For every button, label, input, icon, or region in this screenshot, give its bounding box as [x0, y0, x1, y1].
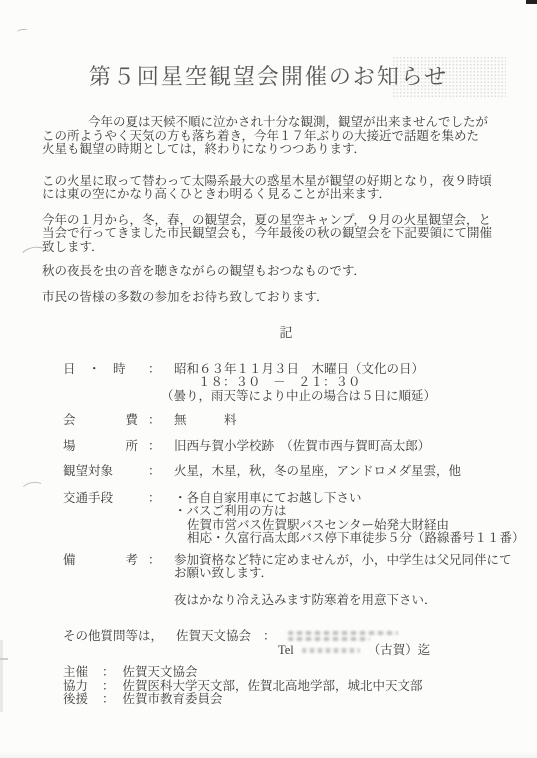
detail-value: 昭和６３年１１月３日 木曜日（文化の日） １８：３０ － ２１：３０ （曇り，雨… — [174, 363, 436, 404]
redacted-address-blur — [288, 631, 398, 641]
detail-label: 日 ・ 時 — [63, 363, 137, 377]
contact-colon: ： — [263, 630, 276, 644]
transport-line: 相応・久富行高太郎バス停下車徒歩５分（路線番号１１番） — [187, 532, 525, 546]
detail-colon: ： — [148, 554, 161, 568]
organizer-value: 佐賀医科大学天文部，佐賀北高地学部，城北中天文部 — [123, 680, 423, 694]
section-heading-ki: 記 — [42, 326, 532, 340]
organizer-label: 主催 — [63, 666, 102, 680]
detail-label: 会 費 — [63, 414, 137, 428]
datetime-rain-note: （曇り，雨天等により中止の場合は５日に順延） — [161, 390, 436, 404]
detail-row-notes: 備 考 ： 参加資格など特に定めませんが，小，中学生は父兄同伴にて お願い致しま… — [63, 554, 532, 608]
detail-row-transport: 交通手段 ： ・各自自家用車にてお越し下さい ・バスご利用の方は 佐賀市営バス佐… — [63, 492, 532, 546]
intro-paragraph-1: 今年の夏は天候不順に泣かされ十分な観測，観望が出来ませんでしたが この所ようやく… — [42, 116, 532, 157]
paragraph-line: 火星も観望の時期としては，終わりになりつつあります． — [42, 143, 532, 157]
paragraph-line: この所ようやく天気の方も落ち着き，今年１７年ぶりの大接近で話題を集めた — [42, 130, 532, 144]
targets-value: 火星，木星，秋，冬の星座，アンドロメダ星雲，他 — [174, 465, 461, 479]
transport-line: ・バスご利用の方は — [174, 505, 525, 519]
detail-label: 観望対象 — [63, 465, 137, 479]
detail-value: 旧西与賀小学校跡 （佐賀市西与賀町高太郎） — [174, 440, 430, 454]
corner-dash-artifact — [526, 0, 537, 4]
transport-line: ・各自自家用車にてお越し下さい — [174, 492, 525, 506]
contact-section: その他質問等は， 佐賀天文協会 ： Tel （古賀）迄 — [63, 630, 532, 657]
detail-colon: ： — [148, 414, 161, 428]
detail-colon: ： — [148, 440, 161, 454]
organizer-colon: ： — [102, 680, 115, 694]
organizer-value: 佐賀市教育委員会 — [123, 693, 223, 707]
scanned-document-page: 第５回星空観望会開催のお知らせ 今年の夏は天候不順に泣かされ十分な観測，観望が出… — [0, 0, 537, 758]
tel-label: Tel — [278, 644, 294, 658]
detail-colon: ： — [148, 492, 161, 506]
intro-paragraph-2: この火星に取って替わって太陽系最大の惑星木星が観望の好期となり，夜９時頃 には東… — [42, 175, 532, 202]
organizer-row-host: 主催 ： 佐賀天文協会 — [63, 666, 532, 680]
detail-row-fee: 会 費 ： 無 料 — [63, 414, 532, 428]
paragraph-line: には東の空にかなり高くひときわ明るく見ることが出来ます． — [42, 188, 532, 202]
detail-label: 場 所 — [63, 440, 137, 454]
organizer-label: 協力 — [63, 680, 102, 694]
detail-label: 備 考 — [63, 554, 137, 568]
organizer-colon: ： — [102, 693, 115, 707]
paragraph-line: 秋の夜長を虫の音を聴きながらの観望もおつなものです． — [42, 265, 532, 279]
detail-value: 火星，木星，秋，冬の星座，アンドロメダ星雲，他 — [174, 465, 461, 479]
contact-line-1: その他質問等は， 佐賀天文協会 ： — [63, 630, 532, 644]
organizer-colon: ： — [102, 666, 115, 680]
contact-line-2: Tel （古賀）迄 — [278, 644, 532, 658]
detail-row-place: 場 所 ： 旧西与賀小学校跡 （佐賀市西与賀町高太郎） — [63, 440, 532, 454]
contact-intro: その他質問等は， — [63, 630, 163, 644]
edge-shade-artifact — [0, 640, 3, 712]
detail-colon: ： — [148, 465, 161, 479]
squiggle-artifact — [17, 28, 28, 33]
bottom-shade-artifact — [0, 752, 537, 758]
contact-suffix: （古賀）迄 — [368, 644, 431, 658]
fee-value: 無 料 — [174, 414, 237, 428]
paragraph-line: 市民の皆様の多数の参加をお待ち致しております． — [42, 291, 532, 305]
edge-dash-artifact — [0, 658, 8, 660]
contact-org: 佐賀天文協会 — [176, 630, 251, 644]
datetime-date: 昭和６３年１１月３日 木曜日（文化の日） — [174, 363, 436, 377]
intro-paragraph-3: 今年の１月から，冬，春，の観望会，夏の星空キャンプ，９月の火星観望会，と 当会で… — [42, 214, 532, 255]
paragraph-line: 今年の夏は天候不順に泣かされ十分な観測，観望が出来ませんでしたが — [42, 116, 532, 130]
organizer-value: 佐賀天文協会 — [123, 666, 198, 680]
notes-extra: 夜はかなり冷え込みます防寒着を用意下さい． — [174, 594, 512, 608]
detail-colon: ： — [148, 363, 161, 377]
document-body: 今年の夏は天候不順に泣かされ十分な観測，観望が出来ませんでしたが この所ようやく… — [42, 116, 532, 707]
redacted-phone-blur — [302, 648, 360, 653]
detail-value: ・各自自家用車にてお越し下さい ・バスご利用の方は 佐賀市営バス佐賀駅バスセンタ… — [174, 492, 525, 546]
transport-line: 佐賀市営バス佐賀駅バスセンター始発大財経由 — [187, 519, 525, 533]
paragraph-line: 今年の１月から，冬，春，の観望会，夏の星空キャンプ，９月の火星観望会，と — [42, 214, 532, 228]
intro-paragraph-5: 市民の皆様の多数の参加をお待ち致しております． — [42, 291, 532, 305]
paragraph-line: この火星に取って替わって太陽系最大の惑星木星が観望の好期となり，夜９時頃 — [42, 175, 532, 189]
organizer-row-support: 後援 ： 佐賀市教育委員会 — [63, 693, 532, 707]
detail-row-targets: 観望対象 ： 火星，木星，秋，冬の星座，アンドロメダ星雲，他 — [63, 465, 532, 479]
intro-paragraph-4: 秋の夜長を虫の音を聴きながらの観望もおつなものです． — [42, 265, 532, 279]
notes-line: お願い致します． — [174, 567, 512, 581]
paragraph-line: 当会で行ってきました市民観望会も，今年最後の秋の観望会を下記要領にて開催 — [42, 227, 532, 241]
organizer-label: 後援 — [63, 693, 102, 707]
notes-line: 参加資格など特に定めませんが，小，中学生は父兄同伴にて — [174, 554, 512, 568]
detail-value: 無 料 — [174, 414, 237, 428]
detail-value: 参加資格など特に定めませんが，小，中学生は父兄同伴にて お願い致します． 夜はか… — [174, 554, 512, 608]
place-value: 旧西与賀小学校跡 （佐賀市西与賀町高太郎） — [174, 440, 430, 454]
detail-row-datetime: 日 ・ 時 ： 昭和６３年１１月３日 木曜日（文化の日） １８：３０ － ２１：… — [63, 363, 532, 404]
datetime-time: １８：３０ － ２１：３０ — [198, 376, 436, 390]
organizer-row-cooperation: 協力 ： 佐賀医科大学天文部，佐賀北高地学部，城北中天文部 — [63, 680, 532, 694]
detail-label: 交通手段 — [63, 492, 137, 506]
document-title: 第５回星空観望会開催のお知らせ — [0, 60, 537, 91]
paragraph-line: 致します． — [42, 241, 532, 255]
